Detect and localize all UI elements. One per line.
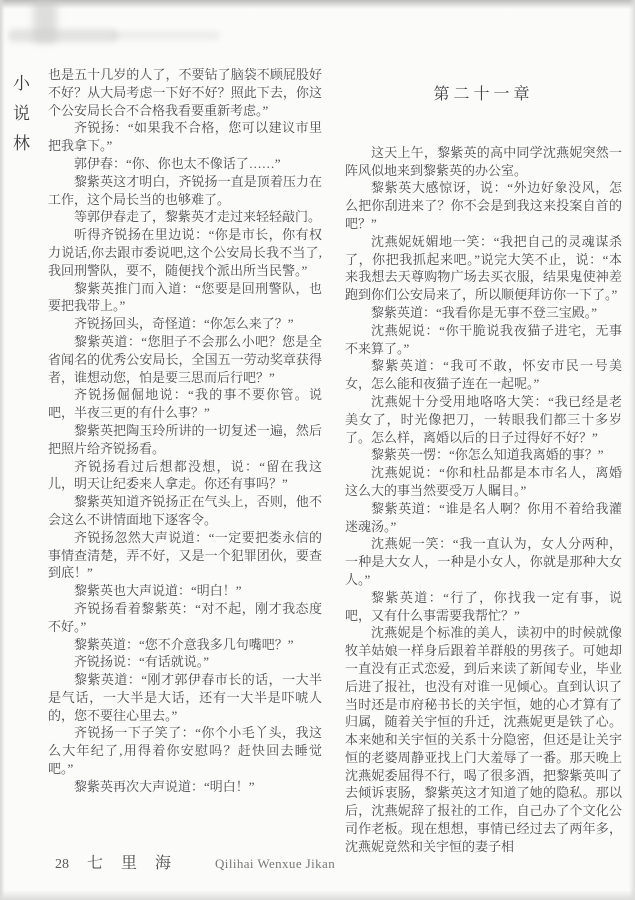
page-footer: 28 七里海 Qilihai Wenxue Jikan (55, 850, 595, 873)
paragraph: 沈燕妮妩媚地一笑：“我把自己的灵魂谋杀了，你把我抓起来吧。”说完大笑不止，说：“… (345, 233, 622, 304)
paragraph: 齐锐扬忽然大声说道：“一定要把娄永信的事情查清楚，弄不好，又是一个犯罪团伙，要查… (48, 529, 322, 582)
scanned-magazine-page: 小说林 也是五十几岁的人了，不要钻了脑袋不顾屁股好不好？从大局考虑一下好不好？照… (0, 0, 635, 900)
paragraph: 齐锐扬看着黎紫英：“对不起，刚才我态度不好。” (48, 600, 322, 636)
paragraph: 齐锐扬一下子笑了：“你个小毛丫头，我这么大年纪了,用得着你安慰吗？赶快回去睡觉吧… (48, 724, 322, 777)
paragraph: 郭伊春：“你、你也太不像话了……” (48, 155, 322, 173)
paragraph: 沈燕妮十分受用地咯咯大笑：“我已经是老美女了，时光像把刀，一转眼我们都三十多岁了… (345, 393, 622, 446)
paragraph: 沈燕妮是个标准的美人，读初中的时候就像牧羊姑娘一样身后跟着羊群般的男孩子。可她却… (345, 624, 622, 855)
chapter-heading: 第二十一章 (345, 86, 622, 104)
paragraph: 齐锐扬：“如果我不合格，您可以建议市里把我拿下。” (48, 119, 322, 155)
scan-edge-top (0, 0, 635, 9)
paragraph: 齐锐扬说：“有话就说。” (48, 653, 322, 671)
paragraph: 黎紫英道：“我看你是无事不登三宝殿。” (345, 304, 622, 322)
paragraph: 齐锐扬倔倔地说：“我的事不要你管。说吧，半夜三更的有什么事？” (48, 386, 322, 422)
paragraph: 黎紫英再次大声说道：“明白！” (48, 778, 322, 796)
scan-edge-right (629, 0, 635, 900)
scan-edge-left (0, 0, 5, 900)
paragraph: 黎紫英道：“我可不敢，怀安市民一号美女，怎么能和夜猫子连在一起呢。” (345, 357, 622, 393)
paragraph: 黎紫英道：“谁是名人啊？你用不着给我灌迷魂汤。” (345, 500, 622, 536)
paragraph: 黎紫英道：“您不介意我多几句嘴吧？” (48, 636, 322, 654)
paragraph: 听得齐锐扬在里边说：“你是市长，你有权力说话,你去跟市委说吧,这个公安局长我不当… (48, 226, 322, 279)
paragraph: 黎紫英这才明白，齐锐扬一直是顶着压力在工作，这个局长当的也够难了。 (48, 173, 322, 209)
journal-title-chinese: 七里海 (87, 850, 189, 873)
paragraph: 黎紫英知道齐锐扬正在气头上，否则，他不会这么不讲情面地下逐客令。 (48, 493, 322, 529)
paragraph: 齐锐扬回头，奇怪道：“你怎么来了？” (48, 315, 322, 333)
paragraph: 齐锐扬看过后想都没想，说：“留在我这儿，明天让纪委来人拿走。你还有事吗？” (48, 458, 322, 494)
scan-artifact (8, 29, 118, 42)
paragraph: 黎紫英道：“刚才郭伊春市长的话，一大半是气话，一大半是大话，还有一大半是吓唬人的… (48, 671, 322, 724)
paragraph: 等郭伊春走了，黎紫英才走过来轻轻敲门。 (48, 208, 322, 226)
scan-artifact (110, 31, 220, 40)
paragraph: 黎紫英道：“行了，你找我一定有事，说吧，又有什么事需要我帮忙？” (345, 589, 622, 625)
journal-title-pinyin: Qilihai Wenxue Jikan (215, 856, 335, 872)
paragraph: 沈燕妮说：“你和杜品都是本市名人，离婚这么大的事当然要受万人瞩目。” (345, 464, 622, 500)
text-column-right: 第二十一章 这天上午，黎紫英的高中同学沈燕妮突然一阵风似地来到黎紫英的办公室。黎… (345, 66, 622, 856)
paragraph: 沈燕妮一笑：“我一直认为，女人分两种，一种是大女人，一种是小女人，你就是那种大女… (345, 535, 622, 588)
paragraph: 黎紫英大感惊讶，说：“外边好象没风，怎么把你刮进来了？你不会是到我这来投案自首的… (345, 179, 622, 232)
paragraph: 黎紫英把陶玉玲所讲的一切复述一遍，然后把照片给齐锐扬看。 (48, 422, 322, 458)
paragraph: 黎紫英一愣：“你怎么知道我离婚的事？” (345, 446, 622, 464)
paragraph: 黎紫英道：“您胆子不会那么小吧？您是全省闻名的优秀公安局长，全国五一劳动奖章获得… (48, 333, 322, 386)
text-column-left: 也是五十几岁的人了，不要钻了脑袋不顾屁股好不好？从大局考虑一下好不好？照此下去，… (48, 66, 322, 796)
section-margin-label: 小说林 (7, 74, 32, 164)
paragraph: 黎紫英推门而入道：“您要是回刑警队，也要把我带上。” (48, 280, 322, 316)
paragraph: 沈燕妮说：“你干脆说我夜猫子进宅，无事不来算了。” (345, 322, 622, 358)
page-number: 28 (55, 857, 69, 873)
paragraph: 这天上午，黎紫英的高中同学沈燕妮突然一阵风似地来到黎紫英的办公室。 (345, 144, 622, 180)
paragraph: 也是五十几岁的人了，不要钻了脑袋不顾屁股好不好？从大局考虑一下好不好？照此下去，… (48, 66, 322, 119)
text-column-right-body: 这天上午，黎紫英的高中同学沈燕妮突然一阵风似地来到黎紫英的办公室。黎紫英大感惊讶… (345, 144, 622, 856)
scan-edge-bottom (0, 890, 635, 900)
paragraph: 黎紫英也大声说道：“明白！” (48, 582, 322, 600)
